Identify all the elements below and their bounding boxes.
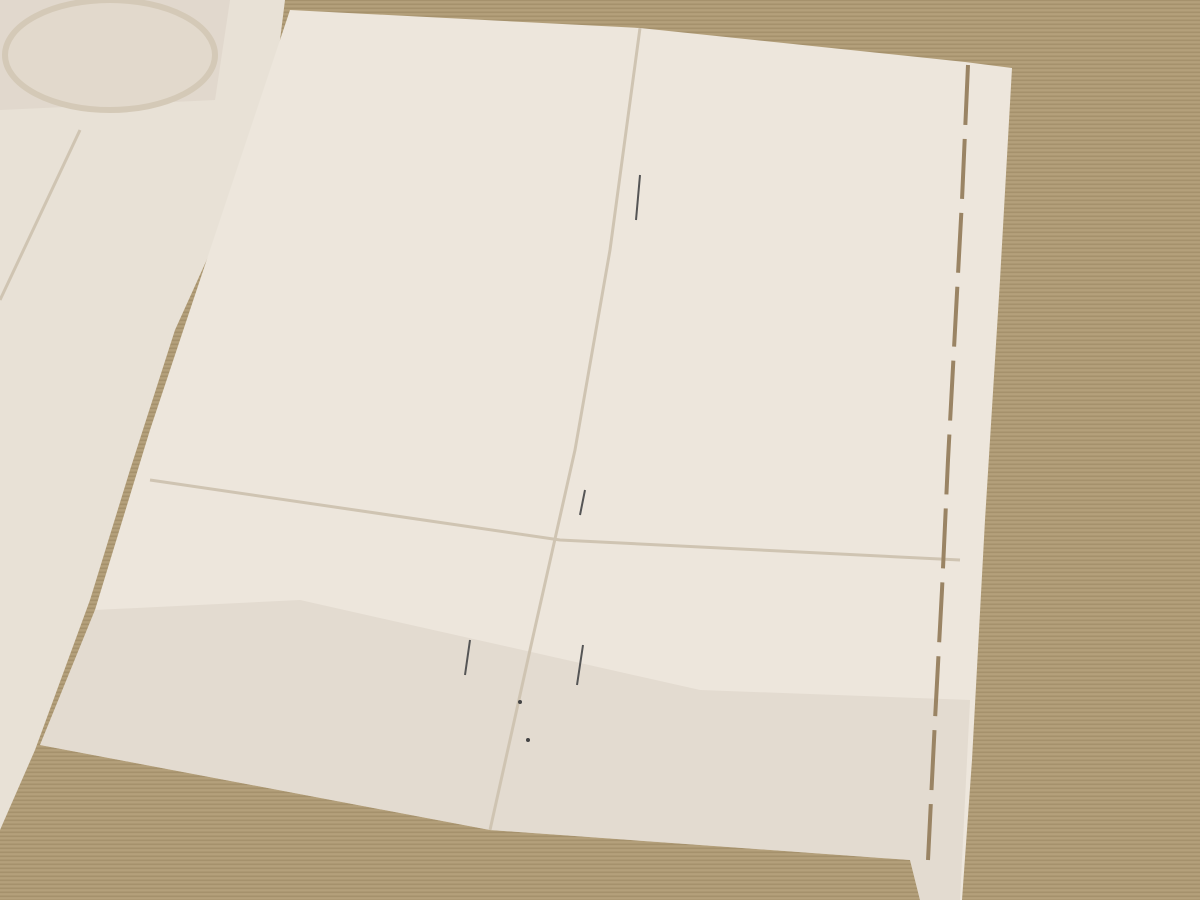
photo-scene <box>0 0 1200 900</box>
